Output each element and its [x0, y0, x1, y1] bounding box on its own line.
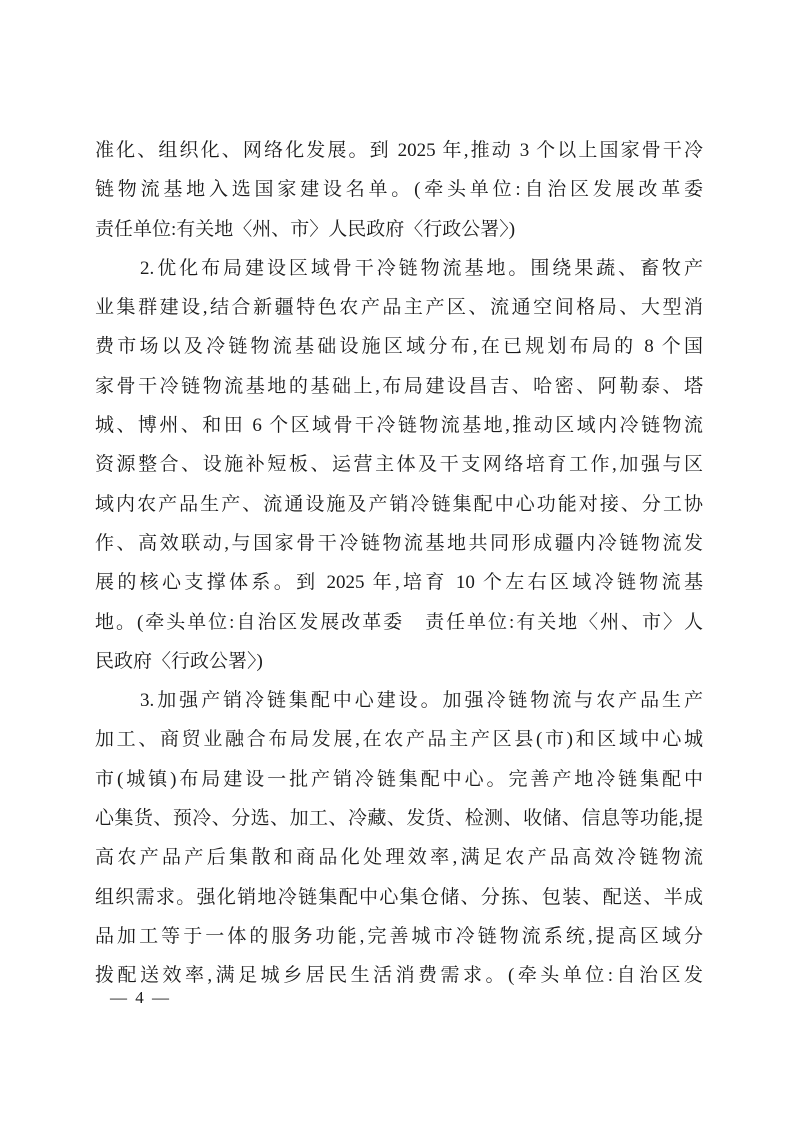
page-number: — 4 — [110, 988, 171, 1008]
text-line: 地。(牵头单位:自治区发展改革委 责任单位:有关地〈州、市〉人 [95, 603, 703, 642]
text-line: 展的核心支撑体系。到 2025 年,培育 10 个左右区域冷链物流基 [95, 563, 703, 602]
text-line: 链物流基地入选国家建设名单。(牵头单位:自治区发展改革委 [95, 170, 703, 209]
text-line: 3.加强产销冷链集配中心建设。加强冷链物流与农产品生产 [95, 681, 703, 720]
text-line: 拨配送效率,满足城乡居民生活消费需求。(牵头单位:自治区发 [95, 956, 703, 995]
text-line: 资源整合、设施补短板、运营主体及干支网络培育工作,加强与区 [95, 445, 703, 484]
text-line: 责任单位:有关地〈州、市〉人民政府〈行政公署〉) [95, 210, 703, 249]
document-page: 准化、组织化、网络化发展。到 2025 年,推动 3 个以上国家骨干冷 链物流基… [0, 0, 793, 1122]
text-line: 加工、商贸业融合布局发展,在农产品主产区县(市)和区域中心城 [95, 720, 703, 759]
text-line: 城、博州、和田 6 个区域骨干冷链物流基地,推动区域内冷链物流 [95, 406, 703, 445]
text-line: 准化、组织化、网络化发展。到 2025 年,推动 3 个以上国家骨干冷 [95, 131, 703, 170]
text-line: 市(城镇)布局建设一批产销冷链集配中心。完善产地冷链集配中 [95, 760, 703, 799]
text-line: 品加工等于一体的服务功能,完善城市冷链物流系统,提高区域分 [95, 917, 703, 956]
text-line: 域内农产品生产、流通设施及产销冷链集配中心功能对接、分工协 [95, 485, 703, 524]
text-line: 费市场以及冷链物流基础设施区域分布,在已规划布局的 8 个国 [95, 327, 703, 366]
document-body: 准化、组织化、网络化发展。到 2025 年,推动 3 个以上国家骨干冷 链物流基… [95, 131, 703, 996]
text-line: 高农产品产后集散和商品化处理效率,满足农产品高效冷链物流 [95, 838, 703, 877]
text-line: 2.优化布局建设区域骨干冷链物流基地。围绕果蔬、畜牧产 [95, 249, 703, 288]
text-line: 业集群建设,结合新疆特色农产品主产区、流通空间格局、大型消 [95, 288, 703, 327]
text-line: 心集货、预冷、分选、加工、冷藏、发货、检测、收储、信息等功能,提 [95, 799, 703, 838]
text-line: 民政府〈行政公署〉) [95, 642, 703, 681]
text-line: 作、高效联动,与国家骨干冷链物流基地共同形成疆内冷链物流发 [95, 524, 703, 563]
text-line: 组织需求。强化销地冷链集配中心集仓储、分拣、包装、配送、半成 [95, 878, 703, 917]
text-line: 家骨干冷链物流基地的基础上,布局建设昌吉、哈密、阿勒泰、塔 [95, 367, 703, 406]
